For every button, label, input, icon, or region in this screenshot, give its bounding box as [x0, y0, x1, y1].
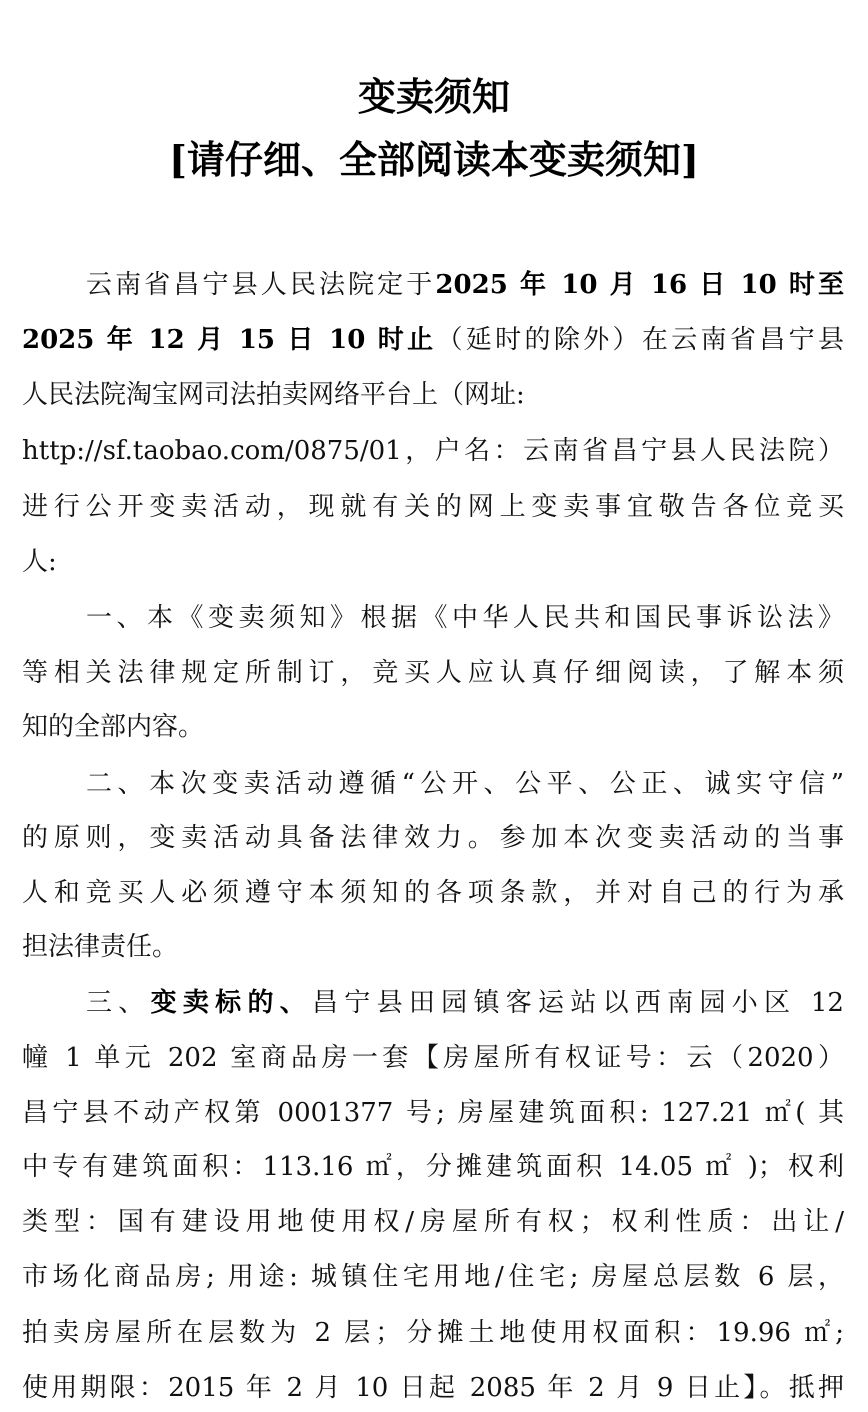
section-2-line: 人和竞买人必须遵守本须知的各项条款，并对自己的行为承 [22, 876, 844, 910]
section-3-line: 拍卖房屋所在层数为 2 层；分摊土地使用权面积：19.96 ㎡; [22, 1316, 844, 1350]
section-2-line: 的原则，变卖活动具备法律效力。参加本次变卖活动的当事 [22, 821, 844, 855]
document-subtitle: [请仔细、全部阅读本变卖须知] [0, 138, 868, 182]
document-title: 变卖须知 [0, 75, 868, 119]
intro-line-1: 云南省昌宁县人民法院定于2025 年 10 月 16 日 10 时至 [86, 268, 844, 302]
section-3-line: 幢 1 单元 202 室商品房一套【房屋所有权证号：云（2020） [22, 1041, 844, 1075]
auction-end-time: 2025 年 12 月 15 日 10 时止 [22, 325, 436, 355]
intro-text: 云南省昌宁县人民法院定于 [86, 270, 435, 300]
section-3-line: 三、变卖标的、昌宁县田园镇客运站以西南园小区 12 [86, 986, 844, 1020]
intro-line-6: 人: [22, 545, 844, 579]
section-3-line: 中专有建筑面积：113.16 ㎡，分摊建筑面积 14.05 ㎡ )；权利 [22, 1150, 844, 1184]
section-heading: 变卖标的、 [151, 988, 312, 1018]
intro-text: 人: [22, 547, 57, 577]
property-location: 昌宁县田园镇客运站以西南园小区 12 [312, 988, 844, 1018]
section-1-line: 一、本《变卖须知》根据《中华人民共和国民事诉讼法》 [86, 601, 844, 635]
section-number: 三、 [86, 988, 151, 1018]
intro-line-3: 人民法院淘宝网司法拍卖网络平台上（网址: [22, 378, 844, 412]
section-3-line: 市场化商品房; 用途: 城镇住宅用地/住宅; 房屋总层数 6 层， [22, 1260, 844, 1294]
section-1-line: 等相关法律规定所制订，竞买人应认真仔细阅读，了解本须 [22, 656, 844, 690]
section-3-line: 昌宁县不动产权第 0001377 号; 房屋建筑面积: 127.21 ㎡( 其 [22, 1096, 844, 1130]
intro-line-5: 进行公开变卖活动，现就有关的网上变卖事宜敬告各位竞买 [22, 490, 844, 524]
section-3-line: 使用期限：2015 年 2 月 10 日起 2085 年 2 月 9 日止】。抵… [22, 1371, 844, 1405]
auction-start-time: 2025 年 10 月 16 日 10 时至 [435, 270, 844, 300]
section-2-line: 担法律责任。 [22, 930, 844, 964]
auction-url-text: http://sf.taobao.com/0875/01，户名：云南省昌宁县人民… [22, 436, 844, 466]
intro-text: 进行公开变卖活动，现就有关的网上变卖事宜敬告各位竞买 [22, 492, 844, 522]
intro-line-2: 2025 年 12 月 15 日 10 时止（延时的除外）在云南省昌宁县 [22, 323, 844, 357]
section-2-line: 二、本次变卖活动遵循“公开、公平、公正、诚实守信” [86, 767, 844, 801]
intro-text: （延时的除外）在云南省昌宁县 [436, 325, 844, 355]
section-3-line: 类型：国有建设用地使用权/房屋所有权；权利性质：出让/ [22, 1205, 844, 1239]
section-1-line: 知的全部内容。 [22, 710, 844, 744]
intro-line-4: http://sf.taobao.com/0875/01，户名：云南省昌宁县人民… [22, 434, 844, 468]
intro-text: 人民法院淘宝网司法拍卖网络平台上（网址: [22, 380, 525, 410]
